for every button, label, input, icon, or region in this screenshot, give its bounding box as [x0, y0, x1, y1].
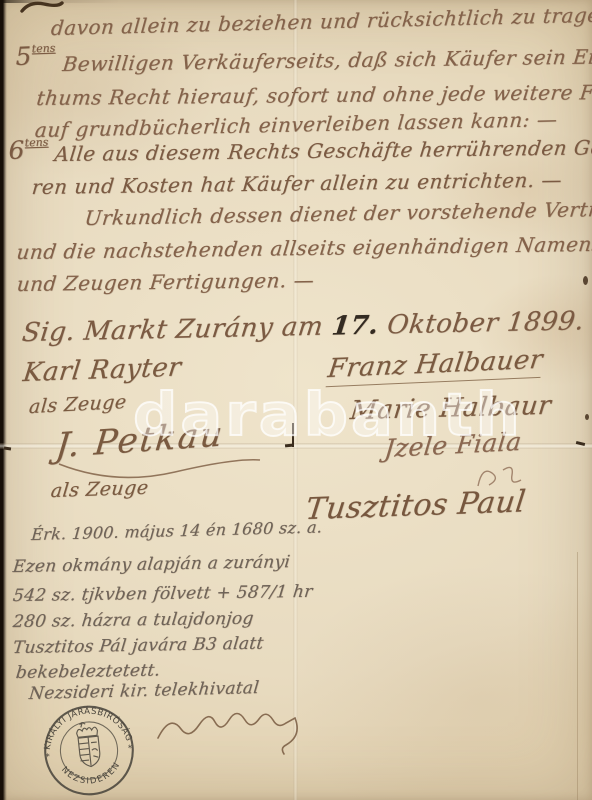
stamp-separator-left: * — [45, 752, 51, 762]
clause-5-line-1: Bewilligen Verkäuferseits, daß sich Käuf… — [61, 44, 592, 76]
signature-buyer: Tusztitos Paul — [304, 484, 528, 527]
svg-text:KIRÁLYI JÁRÁSBIRÓSÁG: KIRÁLYI JÁRÁSBIRÓSÁG — [39, 700, 134, 751]
clause-5-line-2: thums Recht hierauf, sofort und ohne jed… — [35, 80, 592, 110]
stamp-top-text: KIRÁLYI JÁRÁSBIRÓSÁG — [39, 700, 134, 751]
date-line: Sig. Markt Zurány am 17. Oktober 1899. — [20, 306, 585, 348]
darabanth-watermark: darabanth — [133, 380, 523, 449]
closing-line-2: und die nachstehenden allseits eigenhänd… — [15, 232, 592, 264]
date-month-year: Oktober 1899. — [386, 306, 586, 340]
closing-line-3: und Zeugen Fertigungen. — — [16, 268, 315, 296]
clause-6-marker: 6tens — [8, 135, 49, 165]
clause-5-ordinal: tens — [31, 42, 55, 56]
page-left-edge — [0, 0, 7, 800]
clause-5-marker: 5tens — [15, 41, 56, 71]
date-day: 17. — [330, 311, 380, 342]
registry-line-2: Ezen okmány alapján a zurányi — [12, 552, 291, 577]
registry-line-1: Érk. 1900. május 14 én 1680 sz. a. — [31, 517, 324, 544]
clause-6-number: 6 — [8, 135, 25, 165]
cutoff-ink-stroke — [20, 0, 64, 14]
registry-line-6: bekebeleztetett. — [15, 660, 161, 683]
ink-speck — [585, 414, 589, 420]
signature-witness-2-role: als Zeuge — [50, 477, 150, 503]
clause-5-number: 5 — [15, 41, 32, 71]
body-line-opening: davon allein zu beziehen und rücksichtli… — [50, 1, 592, 40]
clause-6-ordinal: tens — [24, 136, 48, 150]
ink-speck — [583, 276, 588, 285]
clause-6-line-2: ren und Kosten hat Käufer allein zu entr… — [31, 168, 563, 199]
paper-edge-line — [577, 552, 578, 800]
registry-line-5: Tusztitos Pál javára B3 alatt — [12, 634, 265, 658]
court-stamp: KIRÁLYI JÁRÁSBIRÓSÁG NEZSIDEREN * * — [29, 696, 149, 800]
date-place: Sig. Markt Zurány am — [20, 312, 324, 348]
document-scan: davon allein zu beziehen und rücksichtli… — [0, 0, 592, 800]
stamp-coat-of-arms-icon — [76, 721, 102, 768]
registry-line-3: 542 sz. tjkvben fölvett + 587/1 hr — [12, 582, 314, 606]
clerk-signature-flourish — [150, 696, 320, 768]
closing-line-1: Urkundlich dessen dienet der vorstehende… — [83, 197, 592, 230]
signature-witness-1-role: als Zeuge — [28, 391, 128, 418]
registry-line-4: 280 sz. házra a tulajdonjog — [12, 609, 255, 632]
